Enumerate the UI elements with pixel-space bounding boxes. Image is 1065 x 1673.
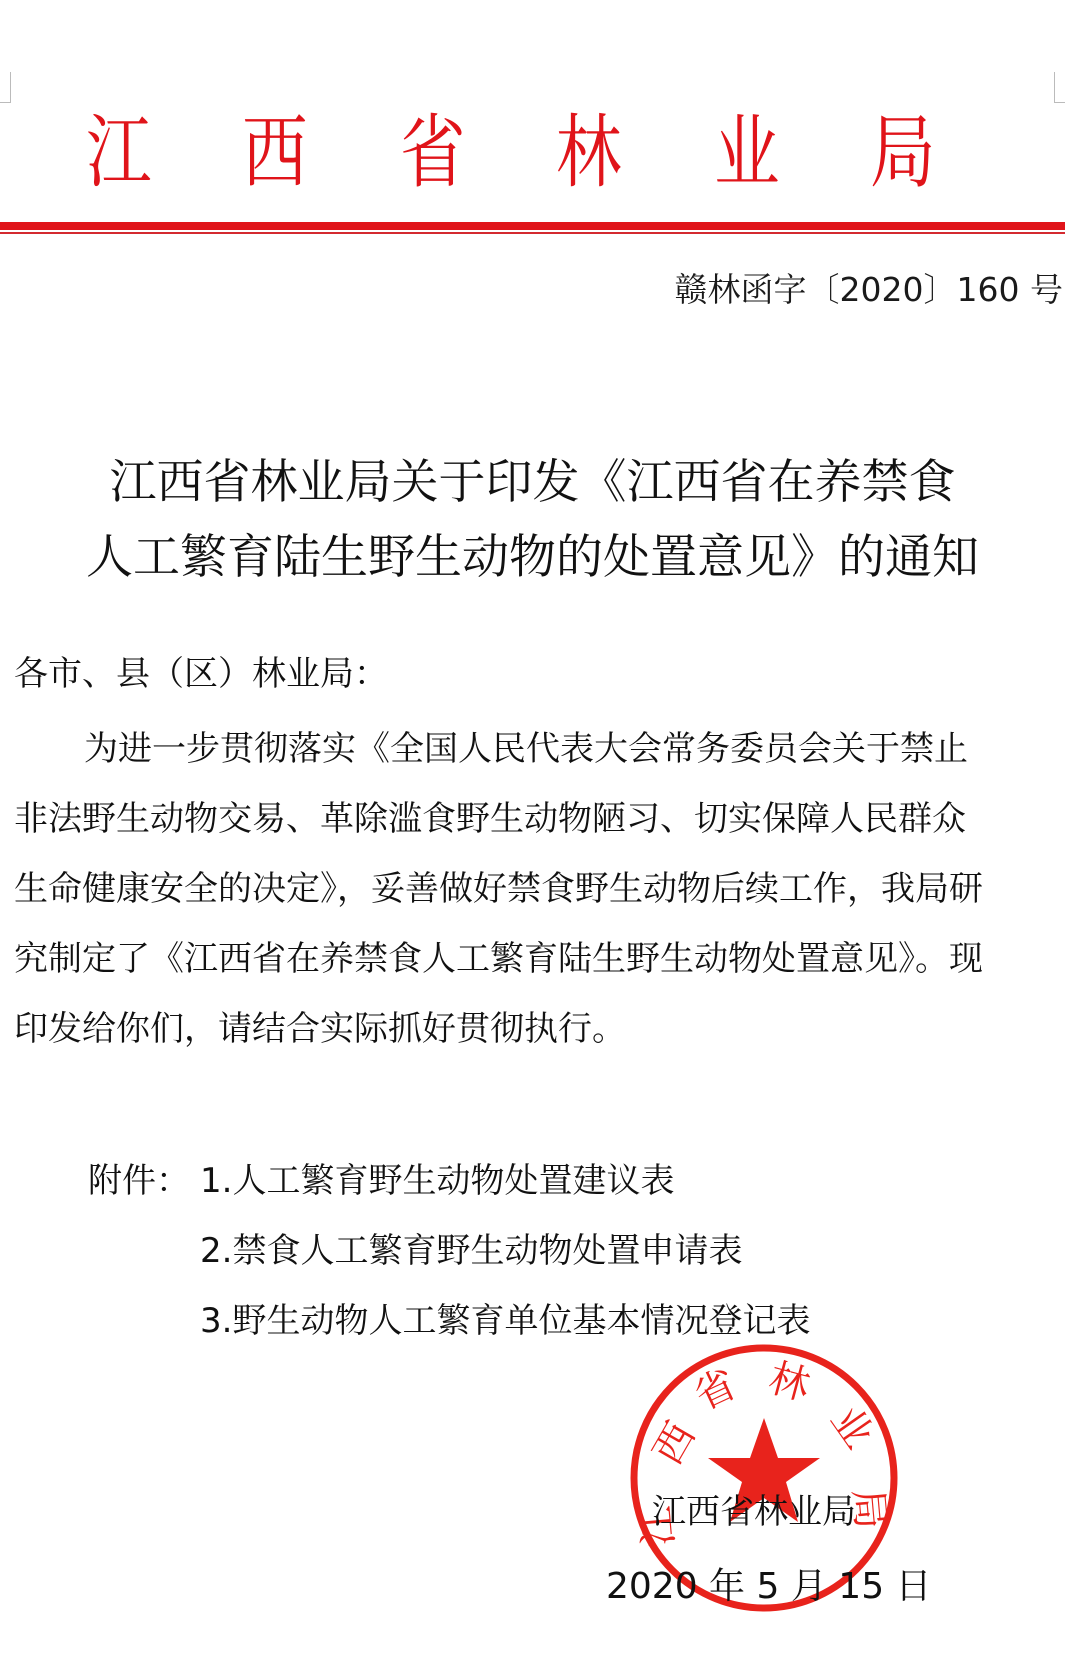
- signature-date: 2020 年 5 月 15 日: [606, 1565, 932, 1609]
- masthead-char: 业: [714, 108, 780, 198]
- document-title: 江西省林业局关于印发《江西省在养禁食 人工繁育陆生野生动物的处置意见》的通知: [0, 445, 1065, 595]
- masthead-char: 局: [870, 108, 936, 198]
- body-paragraph: 为进一步贯彻落实《全国人民代表大会常务委员会关于禁止 非法野生动物交易、革除滥食…: [14, 714, 1054, 1064]
- page-corner-mark-right: [1054, 72, 1065, 103]
- svg-text:林: 林: [764, 1355, 815, 1410]
- body-line: 为进一步贯彻落实《全国人民代表大会常务委员会关于禁止: [14, 714, 1054, 784]
- body-line: 非法野生动物交易、革除滥食野生动物陋习、切实保障人民群众: [14, 784, 1054, 854]
- body-line: 印发给你们，请结合实际抓好贯彻执行。: [14, 994, 1054, 1064]
- attachments-list: 附件：1.人工繁育野生动物处置建议表 2.禁食人工繁育野生动物处置申请表 3.野…: [88, 1146, 810, 1356]
- body-line: 究制定了《江西省在养禁食人工繁育陆生野生动物处置意见》。现: [14, 924, 1054, 994]
- page-corner-mark-left: [0, 72, 11, 103]
- masthead-char: 省: [400, 108, 466, 198]
- svg-text:西: 西: [645, 1415, 705, 1473]
- attachment-item: 2.禁食人工繁育野生动物处置申请表: [88, 1216, 810, 1286]
- masthead-rule-thick: [0, 222, 1065, 230]
- attachment-text: 1.人工繁育野生动物处置建议表: [200, 1161, 674, 1201]
- attachment-item: 附件：1.人工繁育野生动物处置建议表: [88, 1146, 810, 1216]
- body-line: 生命健康安全的决定》，妥善做好禁食野生动物后续工作，我局研: [14, 854, 1054, 924]
- title-line-2: 人工繁育陆生野生动物的处置意见》的通知: [0, 520, 1065, 595]
- attachments-label: 附件：: [88, 1146, 200, 1216]
- signature-organization: 江西省林业局: [652, 1490, 856, 1534]
- attachment-text: 2.禁食人工繁育野生动物处置申请表: [200, 1231, 742, 1271]
- title-line-1: 江西省林业局关于印发《江西省在养禁食: [0, 445, 1065, 520]
- attachment-text: 3.野生动物人工繁育单位基本情况登记表: [200, 1301, 810, 1341]
- masthead-char: 西: [242, 108, 308, 198]
- masthead: 江 西 省 林 业 局: [0, 108, 1065, 198]
- masthead-char: 林: [556, 108, 622, 198]
- document-number: 赣林函字〔2020〕160 号: [675, 270, 1063, 310]
- masthead-char: 江: [86, 108, 152, 198]
- masthead-rule-thin: [0, 232, 1065, 234]
- salutation: 各市、县（区）林业局：: [14, 652, 388, 696]
